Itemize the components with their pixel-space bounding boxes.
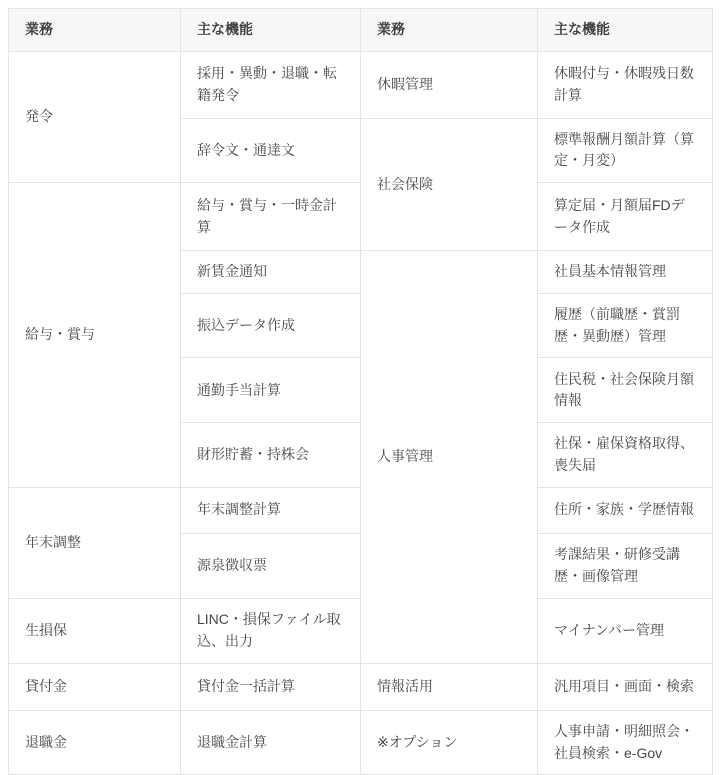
function-cell: 貸付金一括計算 — [181, 663, 361, 710]
function-cell: 新賃金通知 — [181, 251, 361, 294]
function-cell: 年末調整計算 — [181, 487, 361, 533]
function-cell: 人事申請・明細照会・社員検索・e-Gov — [538, 710, 713, 774]
function-cell: マイナンバー管理 — [538, 598, 713, 663]
business-cell-shakai-hoken: 社会保険 — [361, 118, 538, 250]
function-cell: 通勤手当計算 — [181, 358, 361, 423]
business-cell-jinji-kanri: 人事管理 — [361, 251, 538, 664]
function-cell: 履歴（前職歴・賞罰歴・異動歴）管理 — [538, 294, 713, 358]
business-cell-seisonpo: 生損保 — [9, 598, 181, 663]
function-cell: 休暇付与・休暇残日数計算 — [538, 51, 713, 118]
feature-table: 業務 主な機能 業務 主な機能 発令 採用・異動・退職・転籍発令 休暇管理 休暇… — [8, 8, 713, 775]
function-cell: 辞令文・通達文 — [181, 118, 361, 182]
header-row: 業務 主な機能 業務 主な機能 — [9, 9, 713, 52]
function-cell: 振込データ作成 — [181, 294, 361, 358]
function-cell: 算定届・月額届FDデータ作成 — [538, 183, 713, 251]
function-cell: 汎用項目・画面・検索 — [538, 663, 713, 710]
function-cell: 社保・雇保資格取得、喪失届 — [538, 423, 713, 487]
col-header-business-right: 業務 — [361, 9, 538, 52]
function-cell: 退職金計算 — [181, 710, 361, 774]
function-cell: 社員基本情報管理 — [538, 251, 713, 294]
function-cell: 考課結果・研修受講歴・画像管理 — [538, 533, 713, 598]
table-row: 発令 採用・異動・退職・転籍発令 休暇管理 休暇付与・休暇残日数計算 — [9, 51, 713, 118]
business-cell-kyuka-kanri: 休暇管理 — [361, 51, 538, 118]
business-cell-hatsurei: 発令 — [9, 51, 181, 182]
business-cell-option: ※オプション — [361, 710, 538, 774]
col-header-functions-left: 主な機能 — [181, 9, 361, 52]
function-cell: 住民税・社会保険月額情報 — [538, 358, 713, 423]
function-cell: 標準報酬月額計算（算定・月変） — [538, 118, 713, 182]
col-header-functions-right: 主な機能 — [538, 9, 713, 52]
function-cell: 住所・家族・学歴情報 — [538, 487, 713, 533]
function-cell: 採用・異動・退職・転籍発令 — [181, 51, 361, 118]
function-cell: 源泉徴収票 — [181, 533, 361, 598]
business-cell-taishokukin: 退職金 — [9, 710, 181, 774]
function-cell: 給与・賞与・一時金計算 — [181, 183, 361, 251]
function-cell: 財形貯蓄・持株会 — [181, 423, 361, 487]
page: 業務 主な機能 業務 主な機能 発令 採用・異動・退職・転籍発令 休暇管理 休暇… — [0, 0, 720, 774]
business-cell-kyuyo-shoyo: 給与・賞与 — [9, 183, 181, 488]
table-row: 貸付金 貸付金一括計算 情報活用 汎用項目・画面・検索 — [9, 663, 713, 710]
function-cell: LINC・損保ファイル取込、出力 — [181, 598, 361, 663]
col-header-business-left: 業務 — [9, 9, 181, 52]
business-cell-nenmatsu-chosei: 年末調整 — [9, 487, 181, 598]
business-cell-kashitsukekin: 貸付金 — [9, 663, 181, 710]
business-cell-joho-katsuyo: 情報活用 — [361, 663, 538, 710]
table-row: 退職金 退職金計算 ※オプション 人事申請・明細照会・社員検索・e-Gov — [9, 710, 713, 774]
